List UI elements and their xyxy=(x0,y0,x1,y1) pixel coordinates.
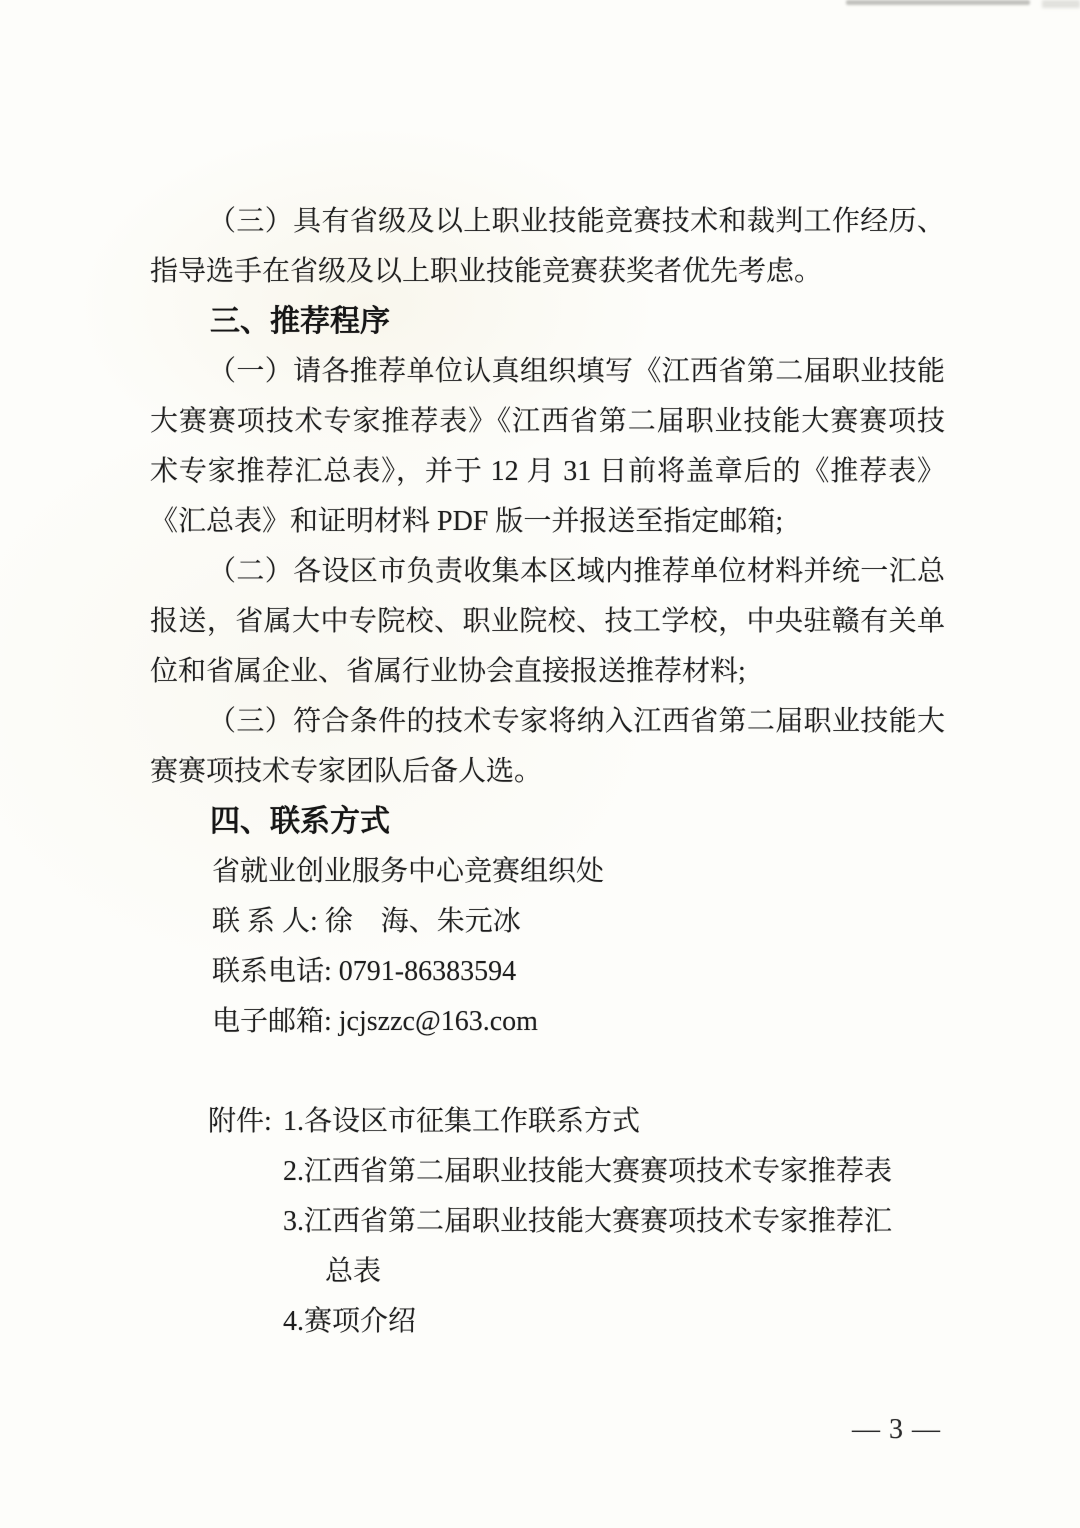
contact-phone-line: 联系电话: 0791-86383594 xyxy=(150,947,945,997)
heading-contact-info: 四、联系方式 xyxy=(150,797,945,847)
paragraph-line: （二）各设区市负责收集本区域内推荐单位材料并统一汇总 xyxy=(150,547,945,597)
contact-email-line: 电子邮箱: jcjszzc@163.com xyxy=(150,997,945,1047)
scanned-document-page: （三）具有省级及以上职业技能竞赛技术和裁判工作经历、 指导选手在省级及以上职业技… xyxy=(0,0,1080,1528)
contact-org-line: 省就业创业服务中心竞赛组织处 xyxy=(150,847,945,897)
paragraph-line: （三）具有省级及以上职业技能竞赛技术和裁判工作经历、 xyxy=(150,197,945,247)
paragraph-line: 术专家推荐汇总表》，并于 12 月 31 日前将盖章后的《推荐表》 xyxy=(150,447,945,497)
attachment-item-4: 4.赛项介绍 xyxy=(150,1297,945,1347)
attachments-label: 附件: xyxy=(208,1097,272,1147)
scan-artifact-corner xyxy=(1042,0,1080,8)
paragraph-line: （一）请各推荐单位认真组织填写《江西省第二届职业技能 xyxy=(150,347,945,397)
paragraph-line: 指导选手在省级及以上职业技能竞赛获奖者优先考虑。 xyxy=(150,247,945,297)
attachment-item-3: 3.江西省第二届职业技能大赛赛项技术专家推荐汇 xyxy=(150,1197,945,1247)
paragraph-line: 大赛赛项技术专家推荐表》《江西省第二届职业技能大赛赛项技 xyxy=(150,397,945,447)
attachment-item-3-cont: 总表 xyxy=(150,1247,945,1297)
scan-artifact-strip xyxy=(846,0,1030,5)
paragraph-line: （三）符合条件的技术专家将纳入江西省第二届职业技能大 xyxy=(150,697,945,747)
contact-person-line: 联 系 人: 徐 海、朱元冰 xyxy=(150,897,945,947)
attachment-item-2: 2.江西省第二届职业技能大赛赛项技术专家推荐表 xyxy=(150,1147,945,1197)
attachment-item-1: 附件: 1.各设区市征集工作联系方式 xyxy=(150,1097,945,1147)
paragraph-line: 赛赛项技术专家团队后备人选。 xyxy=(150,747,945,797)
attachment-item-text: 1.各设区市征集工作联系方式 xyxy=(283,1106,640,1137)
page-number: — 3 — xyxy=(852,1405,941,1455)
paragraph-line: 《汇总表》和证明材料 PDF 版一并报送至指定邮箱; xyxy=(150,497,945,547)
document-body: （三）具有省级及以上职业技能竞赛技术和裁判工作经历、 指导选手在省级及以上职业技… xyxy=(150,197,945,1347)
paragraph-line: 报送，省属大中专院校、职业院校、技工学校，中央驻赣有关单 xyxy=(150,597,945,647)
paragraph-line: 位和省属企业、省属行业协会直接报送推荐材料; xyxy=(150,647,945,697)
blank-line xyxy=(150,1047,945,1097)
heading-recommendation-procedure: 三、推荐程序 xyxy=(150,297,945,347)
